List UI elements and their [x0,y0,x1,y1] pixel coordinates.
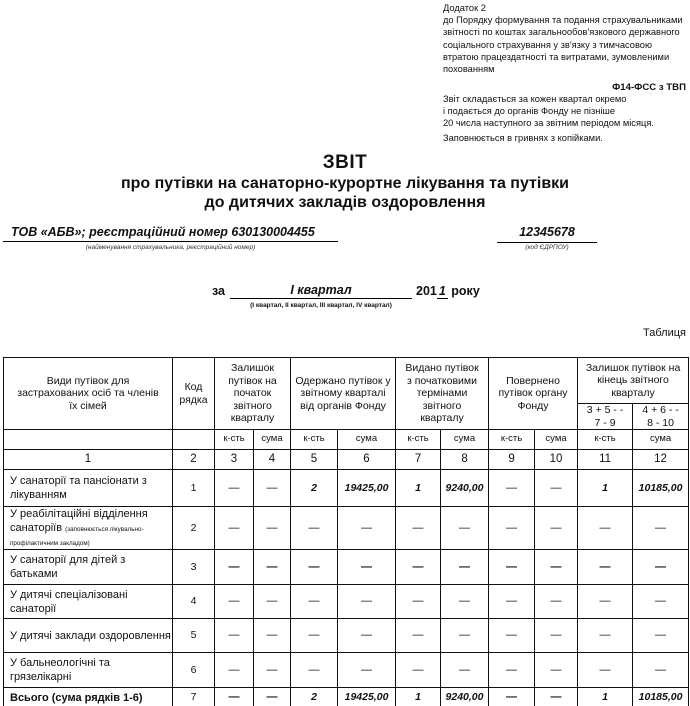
year-suffix: року [448,284,480,298]
column-number: 6 [338,450,396,470]
value-cell[interactable]: — [489,507,535,550]
table-row: У санаторії для дітей з батьками3———————… [4,550,689,585]
column-number: 7 [396,450,441,470]
form-code: Ф14-ФСС з ТВП [612,82,686,93]
value-cell[interactable]: — [396,507,441,550]
table-row: У дитячі спеціалізовані санаторії4——————… [4,585,689,619]
value-cell[interactable]: — [441,653,489,688]
value-cell[interactable]: — [633,507,689,550]
appendix-line: похованням [443,63,688,75]
value-cell[interactable]: — [535,470,578,507]
value-cell[interactable]: — [396,585,441,619]
value-cell[interactable]: — [535,550,578,585]
year-prefix: 201 [416,284,437,298]
value-cell[interactable]: — [489,688,535,706]
row-code: 4 [173,585,215,619]
value-cell[interactable]: — [489,470,535,507]
value-cell[interactable]: 2 [291,470,338,507]
header-qty: к-сть [291,430,338,450]
period-year: 2011 року [416,284,480,298]
value-cell[interactable]: — [489,653,535,688]
row-code: 6 [173,653,215,688]
table-total-row: Всього (сума рядків 1-6)7——219425,001924… [4,688,689,706]
row-label: У дитячі заклади оздоровлення [4,619,173,653]
document-title: ЗВІТ [0,152,690,174]
row-code: 1 [173,470,215,507]
value-cell[interactable]: — [215,550,254,585]
header-sum: сума [338,430,396,450]
edrpou-caption: (код ЄДРПОУ) [497,244,597,251]
value-cell[interactable]: — [489,619,535,653]
value-cell[interactable]: — [578,585,633,619]
value-cell[interactable]: 1 [396,470,441,507]
value-cell[interactable]: — [441,585,489,619]
value-cell[interactable]: — [254,550,291,585]
row-code: 5 [173,619,215,653]
row-code: 7 [173,688,215,706]
row-label: У бальнеологічні та грязелікарні [4,653,173,688]
header-qty: к-сть [396,430,441,450]
header-qty: к-сть [215,430,254,450]
header-qty: к-сть [489,430,535,450]
value-cell[interactable]: 2 [291,688,338,706]
value-cell[interactable]: 1 [578,470,633,507]
value-cell[interactable]: — [535,619,578,653]
document-subtitle: до дитячих закладів оздоровлення [0,194,690,212]
value-cell[interactable]: — [396,653,441,688]
value-cell[interactable]: — [441,550,489,585]
value-cell[interactable]: — [291,653,338,688]
column-number: 11 [578,450,633,470]
value-cell[interactable]: 19425,00 [338,470,396,507]
header-closing-balance: Залишок путівок на кінець звітного кварт… [578,358,689,404]
header-sum: сума [254,430,291,450]
header-returned: Повернено путівок органу Фонду [489,358,578,430]
value-cell[interactable]: — [338,507,396,550]
value-cell[interactable]: — [291,585,338,619]
value-cell[interactable]: — [254,507,291,550]
value-cell[interactable]: — [215,688,254,706]
value-cell[interactable]: — [535,507,578,550]
value-cell[interactable]: — [338,585,396,619]
value-cell[interactable]: — [578,653,633,688]
insurer-caption: (найменування страхувальника, реєстрацій… [3,244,338,251]
column-number: 4 [254,450,291,470]
value-cell[interactable]: — [215,507,254,550]
form-notes: Звіт складається за кожен квартал окремо… [443,93,688,144]
value-cell[interactable]: — [254,688,291,706]
column-number: 2 [173,450,215,470]
period-quarter-field[interactable]: І квартал [230,283,412,299]
header-received: Одержано путівок у звітному кварталі від… [291,358,396,430]
value-cell[interactable]: 9240,00 [441,470,489,507]
value-cell[interactable]: — [215,470,254,507]
column-number: 12 [633,450,689,470]
note-line: і подається до органів Фонду не пізніше [443,105,688,117]
header-sum: сума [535,430,578,450]
value-cell[interactable]: 10185,00 [633,688,689,706]
value-cell[interactable]: — [578,507,633,550]
value-cell[interactable]: — [535,585,578,619]
column-number: 9 [489,450,535,470]
header-qty: к-сть [578,430,633,450]
table-row: У санаторії та пансіонати з лікуванням1—… [4,470,689,507]
value-cell[interactable]: — [215,653,254,688]
column-number: 3 [215,450,254,470]
value-cell[interactable]: 1 [578,688,633,706]
value-cell[interactable]: — [535,653,578,688]
appendix-line: до Порядку формування та подання страхув… [443,14,688,26]
value-cell[interactable]: — [633,550,689,585]
value-cell[interactable]: — [254,653,291,688]
column-number: 10 [535,450,578,470]
column-number-row: 123456789101112 [4,450,689,470]
appendix-line: Додаток 2 [443,2,688,14]
column-number: 5 [291,450,338,470]
period-caption: (І квартал, ІІ квартал, ІІІ квартал, ІV … [230,302,412,309]
value-cell[interactable]: — [254,619,291,653]
row-label: У санаторії та пансіонати з лікуванням [4,470,173,507]
header-formula-qty: 3 + 5 - - 7 - 9 [578,404,633,430]
column-number: 8 [441,450,489,470]
row-label: У реабілітаційні відділення санаторіїв (… [4,507,173,550]
value-cell[interactable]: 19425,00 [338,688,396,706]
header-opening-balance: Залишок путівок на початок звітного квар… [215,358,291,430]
header-empty [173,430,215,450]
value-cell[interactable]: — [489,550,535,585]
value-cell[interactable]: — [215,585,254,619]
value-cell[interactable]: — [338,653,396,688]
edrpou-code-field[interactable]: 12345678 [497,225,597,243]
value-cell[interactable]: — [291,619,338,653]
value-cell[interactable]: — [633,619,689,653]
value-cell[interactable]: 1 [396,688,441,706]
header-formula-sum: 4 + 6 - - 8 - 10 [633,404,689,430]
note-line: 20 числа наступного за звітним періодом … [443,117,688,129]
value-cell[interactable]: — [578,619,633,653]
value-cell[interactable]: — [633,653,689,688]
note-line: Заповнюється в гривнях з копійками. [443,132,688,144]
table-row: У бальнеологічні та грязелікарні6———————… [4,653,689,688]
value-cell[interactable]: — [396,550,441,585]
header-sum: сума [633,430,689,450]
period-prefix: за [212,284,225,298]
value-cell[interactable]: — [489,585,535,619]
header-sum: сума [441,430,489,450]
header-issued: Видано путівок з початковими термінами з… [396,358,489,430]
value-cell[interactable]: — [338,550,396,585]
appendix-line: звітності по коштах загальнообов'язковог… [443,26,688,38]
value-cell[interactable]: — [535,688,578,706]
value-cell[interactable]: — [254,470,291,507]
table-row: У дитячі заклади оздоровлення5—————————— [4,619,689,653]
note-line: Звіт складається за кожен квартал окремо [443,93,688,105]
value-cell[interactable]: — [633,585,689,619]
column-number: 1 [4,450,173,470]
header-types: Види путівок для застрахованих осіб та ч… [4,358,173,430]
value-cell[interactable]: — [338,619,396,653]
row-label: У дитячі спеціалізовані санаторії [4,585,173,619]
document-subtitle: про путівки на санаторно-курортне лікува… [0,175,690,193]
row-code: 3 [173,550,215,585]
row-code: 2 [173,507,215,550]
value-cell[interactable]: — [291,507,338,550]
value-cell[interactable]: — [578,550,633,585]
value-cell[interactable]: — [291,550,338,585]
value-cell[interactable]: — [396,619,441,653]
appendix-note: Додаток 2 до Порядку формування та подан… [443,2,688,75]
year-digit-field[interactable]: 1 [437,284,448,299]
value-cell[interactable]: — [215,619,254,653]
row-label-text: санаторіїв [10,522,65,534]
row-label: У санаторії для дітей з батьками [4,550,173,585]
table-row: У реабілітаційні відділення санаторіїв (… [4,507,689,550]
appendix-line: соціального страхування у зв'язку з тимч… [443,39,688,51]
row-label-text: У реабілітаційні відділення [10,508,148,520]
value-cell[interactable]: 9240,00 [441,688,489,706]
value-cell[interactable]: — [441,507,489,550]
table-label: Таблиця [643,327,686,339]
value-cell[interactable]: 10185,00 [633,470,689,507]
value-cell[interactable]: — [254,585,291,619]
header-code: Код рядка [173,358,215,430]
row-label: Всього (сума рядків 1-6) [4,688,173,706]
insurer-name-field[interactable]: ТОВ «АБВ»; реєстраційний номер 630130004… [3,225,338,242]
appendix-line: втратою працездатності та витратами, зум… [443,51,688,63]
value-cell[interactable]: — [441,619,489,653]
report-table: Види путівок для застрахованих осіб та ч… [3,357,689,706]
header-empty [4,430,173,450]
